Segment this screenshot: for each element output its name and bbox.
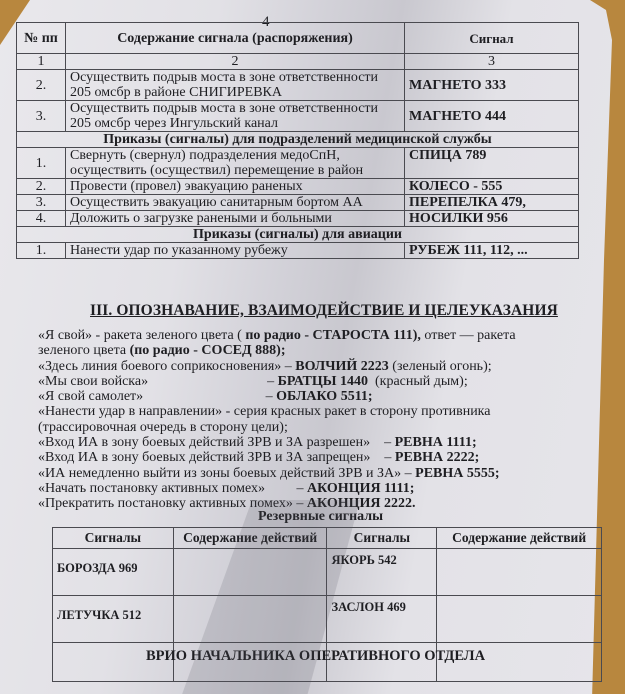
row-content: Нанести удар по указанному рубежу xyxy=(66,243,405,259)
signature-line: ВРИО НАЧАЛЬНИКА ОПЕРАТИВНОГО ОТДЕЛА xyxy=(146,648,485,665)
table-header-row: Сигналы Содержание действий Сигналы Соде… xyxy=(53,528,602,549)
table-header-row: № пп Содержание сигнала (распоряжения) С… xyxy=(17,23,579,54)
cell xyxy=(437,549,602,596)
text-line: «Вход ИА в зону боевых действий ЗРВ и ЗА… xyxy=(38,450,558,465)
row-signal: ПЕРЕПЕЛКА 479, xyxy=(405,195,579,211)
col-num-2: 2 xyxy=(66,54,405,70)
table-row: БОРОЗДА 969 ЯКОРЬ 542 xyxy=(53,549,602,596)
row-signal: МАГНЕТО 444 xyxy=(405,101,579,132)
table-row: ЛЕТУЧКА 512 ЗАСЛОН 469 xyxy=(53,596,602,643)
cell: ЛЕТУЧКА 512 xyxy=(53,596,174,643)
text-line: (трассировочная очередь в сторону цели); xyxy=(38,420,558,435)
header-content: Содержание сигнала (распоряжения) xyxy=(66,23,405,54)
row-content: Осуществить эвакуацию санитарным бортом … xyxy=(66,195,405,211)
table-row: 1. Свернуть (свернул) подразделения медо… xyxy=(17,148,579,179)
cell xyxy=(437,596,602,643)
reserve-signals-title: Резервные сигналы xyxy=(258,509,383,525)
header-signal: Сигнал xyxy=(405,23,579,54)
table-row: 3. Осуществить подрыв моста в зоне ответ… xyxy=(17,101,579,132)
row-content: Свернуть (свернул) подразделения медоСпН… xyxy=(66,148,405,179)
row-signal: МАГНЕТО 333 xyxy=(405,70,579,101)
section-aviation-row: Приказы (сигналы) для авиации xyxy=(17,227,579,243)
cell: БОРОЗДА 969 xyxy=(53,549,174,596)
col-num-1: 1 xyxy=(17,54,66,70)
row-num: 2. xyxy=(17,179,66,195)
table-row: 1. Нанести удар по указанному рубежу РУБ… xyxy=(17,243,579,259)
header-actions: Содержание действий xyxy=(173,528,327,549)
text-line: зеленого цвета (по радио - СОСЕД 888); xyxy=(38,343,558,358)
row-num: 3. xyxy=(17,195,66,211)
row-content: Осуществить подрыв моста в зоне ответств… xyxy=(66,101,405,132)
row-content: Провести (провел) эвакуацию раненых xyxy=(66,179,405,195)
text-line: «Здесь линия боевого соприкосновения» – … xyxy=(38,359,558,374)
table-row: 2. Провести (провел) эвакуацию раненых К… xyxy=(17,179,579,195)
row-signal: КОЛЕСО - 555 xyxy=(405,179,579,195)
signals-table: № пп Содержание сигнала (распоряжения) С… xyxy=(16,22,579,259)
row-num: 1. xyxy=(17,243,66,259)
text-line: «ИА немедленно выйти из зоны боевых дейс… xyxy=(38,466,558,481)
row-num: 2. xyxy=(17,70,66,101)
table-row: 4. Доложить о загрузке ранеными и больны… xyxy=(17,211,579,227)
col-num-3: 3 xyxy=(405,54,579,70)
text-line: «Нанести удар в направлении» - серия кра… xyxy=(38,404,558,419)
header-signals: Сигналы xyxy=(53,528,174,549)
table-row: 2. Осуществить подрыв моста в зоне ответ… xyxy=(17,70,579,101)
header-num: № пп xyxy=(17,23,66,54)
header-signals: Сигналы xyxy=(327,528,437,549)
column-number-row: 1 2 3 xyxy=(17,54,579,70)
cell xyxy=(173,596,327,643)
section-medical-title: Приказы (сигналы) для подразделений меди… xyxy=(17,132,579,148)
section-medical-row: Приказы (сигналы) для подразделений меди… xyxy=(17,132,579,148)
section-aviation-title: Приказы (сигналы) для авиации xyxy=(17,227,579,243)
row-content: Осуществить подрыв моста в зоне ответств… xyxy=(66,70,405,101)
text-line: «Вход ИА в зону боевых действий ЗРВ и ЗА… xyxy=(38,435,558,450)
text-line: «Я свой» - ракета зеленого цвета ( по ра… xyxy=(38,328,558,343)
row-content: Доложить о загрузке ранеными и больными xyxy=(66,211,405,227)
cell xyxy=(173,549,327,596)
section-3-title: III. ОПОЗНАВАНИЕ, ВЗАИМОДЕЙСТВИЕ И ЦЕЛЕУ… xyxy=(90,302,558,320)
row-signal: РУБЕЖ 111, 112, ... xyxy=(405,243,579,259)
row-num: 1. xyxy=(17,148,66,179)
text-line: «Я свой самолет» – ОБЛАКО 5511; xyxy=(38,389,558,404)
row-signal: НОСИЛКИ 956 xyxy=(405,211,579,227)
cell: ЗАСЛОН 469 xyxy=(327,596,437,643)
table-row: 3. Осуществить эвакуацию санитарным борт… xyxy=(17,195,579,211)
row-num: 3. xyxy=(17,101,66,132)
cell: ЯКОРЬ 542 xyxy=(327,549,437,596)
section-3-body: «Я свой» - ракета зеленого цвета ( по ра… xyxy=(38,328,558,512)
text-line: «Начать постановку активных помех» – АКО… xyxy=(38,481,558,496)
header-actions: Содержание действий xyxy=(437,528,602,549)
row-num: 4. xyxy=(17,211,66,227)
text-line: «Мы свои войска» – БРАТЦЫ 1440 (красный … xyxy=(38,374,558,389)
row-signal: СПИЦА 789 xyxy=(405,148,579,179)
